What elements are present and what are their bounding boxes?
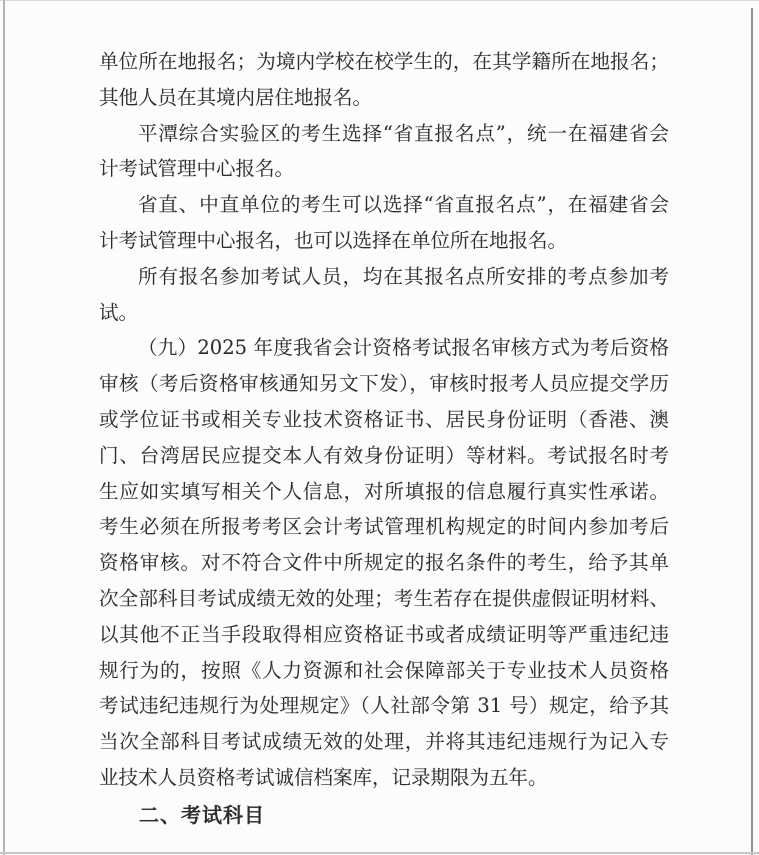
text-line: 考生必须在所报考考区会计考试管理机构规定的时间内参加考后 [99, 509, 669, 545]
text-line: 所有报名参加考试人员，均在其报名点所安排的考点参加考 [99, 259, 669, 295]
scan-edge-bottom [0, 852, 759, 854]
scanned-document-page: 单位所在地报名；为境内学校在校学生的，在其学籍所在地报名；其他人员在其境内居住地… [0, 0, 759, 855]
text-line: 业技术人员资格考试诚信档案库，记录期限为五年。 [99, 760, 669, 796]
text-line: 审核（考后资格审核通知另文下发），审核时报考人员应提交学历 [99, 366, 669, 402]
scan-edge-left [3, 0, 5, 855]
text-line: 计考试管理中心报名，也可以选择在单位所在地报名。 [99, 223, 669, 259]
text-line: 次全部科目考试成绩无效的处理；考生若存在提供虚假证明材料、 [99, 581, 669, 617]
text-line: 计考试管理中心报名。 [99, 151, 669, 187]
text-line: 省直、中直单位的考生可以选择“省直报名点”，在福建省会 [99, 187, 669, 223]
text-line: 或学位证书或相关专业技术资格证书、居民身份证明（香港、澳 [99, 402, 669, 438]
text-line: 其他人员在其境内居住地报名。 [99, 80, 669, 116]
section-heading: 二、考试科目 [99, 798, 669, 834]
scan-edge-right [751, 8, 753, 855]
text-line: 以其他不正当手段取得相应资格证书或者成绩证明等严重违纪违 [99, 617, 669, 653]
text-line: 单位所在地报名；为境内学校在校学生的，在其学籍所在地报名； [99, 44, 669, 80]
text-line: 试。 [99, 295, 669, 331]
text-line: 生应如实填写相关个人信息，对所填报的信息履行真实性承诺。 [99, 474, 669, 510]
text-line: 规行为的，按照《人力资源和社会保障部关于专业技术人员资格 [99, 653, 669, 689]
text-line: 当次全部科目考试成绩无效的处理，并将其违纪违规行为记入专 [99, 724, 669, 760]
text-line: 平潭综合实验区的考生选择“省直报名点”，统一在福建省会 [99, 116, 669, 152]
text-line: 资格审核。对不符合文件中所规定的报名条件的考生，给予其单 [99, 545, 669, 581]
text-line: 考试违纪违规行为处理规定》（人社部令第 31 号）规定，给予其 [99, 688, 669, 724]
text-line: （九）2025 年度我省会计资格考试报名审核方式为考后资格 [99, 330, 669, 366]
text-line: 门、台湾居民应提交本人有效身份证明）等材料。考试报名时考 [99, 438, 669, 474]
scan-edge-top [0, 0, 759, 1]
document-body: 单位所在地报名；为境内学校在校学生的，在其学籍所在地报名；其他人员在其境内居住地… [99, 44, 669, 834]
